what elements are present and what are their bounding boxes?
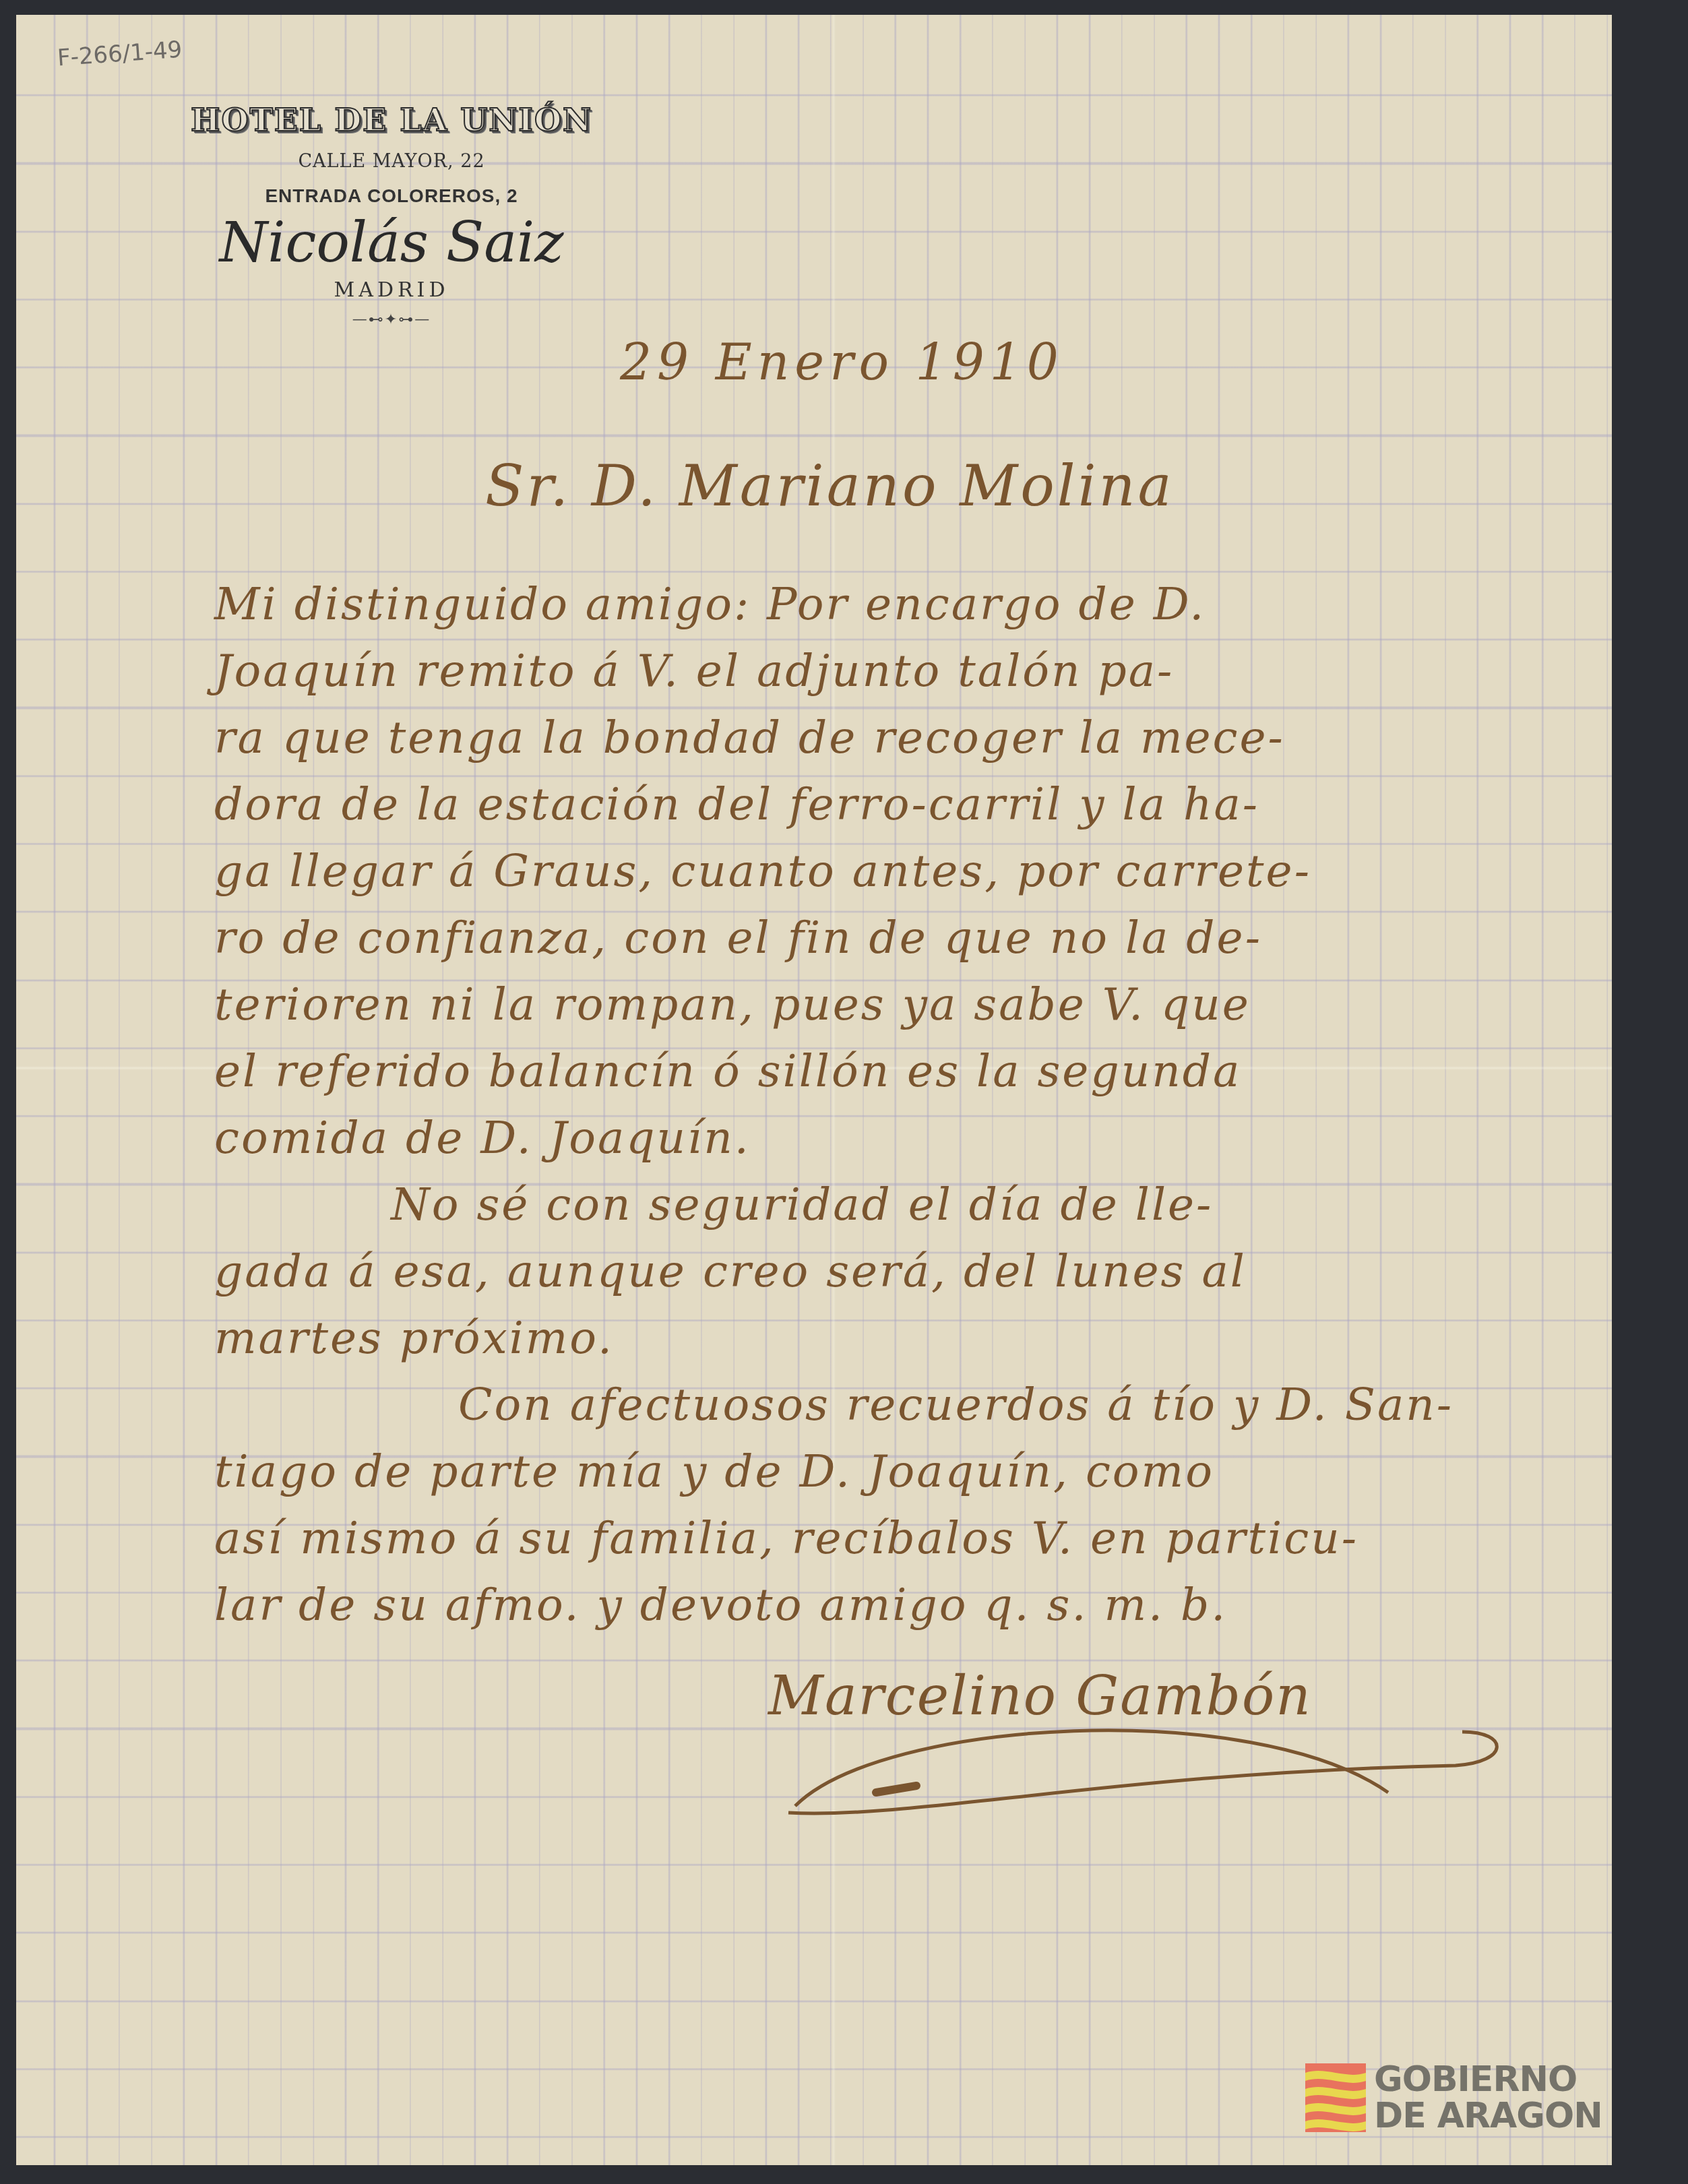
body-line: Mi distinguido amigo: Por encargo de D. (214, 578, 1206, 630)
hotel-city: MADRID (146, 278, 637, 302)
hotel-name: HOTEL DE LA UNIÓN (146, 101, 637, 139)
gobierno-aragon-logo: GOBIERNO DE ARAGON (1305, 2061, 1602, 2134)
ornament-icon: —⊷✦⊶— (146, 311, 637, 328)
body-line: dora de la estación del ferro-carril y l… (214, 778, 1259, 830)
body-line: No sé con seguridad el día de lle- (391, 1179, 1213, 1230)
aragon-flag-icon (1305, 2063, 1366, 2132)
body-line: gada á esa, aunque creo será, del lunes … (214, 1245, 1247, 1297)
body-line: tiago de parte mía y de D. Joaquín, como (214, 1445, 1214, 1497)
body-line: así mismo á su familia, recíbalos V. en … (214, 1512, 1358, 1564)
body-line: ra que tenga la bondad de recoger la mec… (214, 712, 1285, 763)
body-line: comida de D. Joaquín. (214, 1112, 751, 1164)
letter-addressee: Sr. D. Mariano Molina (485, 453, 1175, 519)
logo-line-1: GOBIERNO (1374, 2061, 1602, 2098)
logo-line-2: DE ARAGON (1374, 2098, 1602, 2134)
body-line: el referido balancín ó sillón es la segu… (214, 1045, 1241, 1097)
signature-flourish-icon (782, 1705, 1563, 1826)
letterhead: HOTEL DE LA UNIÓN CALLE MAYOR, 22 ENTRAD… (146, 101, 637, 328)
body-line: terioren ni la rompan, pues ya sabe V. q… (214, 978, 1251, 1030)
hotel-owner: Nicolás Saiz (146, 211, 637, 276)
hotel-street: CALLE MAYOR, 22 (146, 151, 637, 172)
body-line: ga llegar á Graus, cuanto antes, por car… (214, 845, 1311, 897)
hotel-entrance: ENTRADA COLOREROS, 2 (146, 185, 637, 207)
body-line: ro de confianza, con el fin de que no la… (214, 912, 1262, 964)
body-line: Con afectuosos recuerdos á tío y D. San- (458, 1379, 1453, 1431)
body-line: martes próximo. (214, 1312, 614, 1364)
letter-date: 29 Enero 1910 (620, 334, 1064, 392)
body-line: Joaquín remito á V. el adjunto talón pa- (214, 645, 1174, 697)
body-line: lar de su afmo. y devoto amigo q. s. m. … (214, 1579, 1227, 1631)
